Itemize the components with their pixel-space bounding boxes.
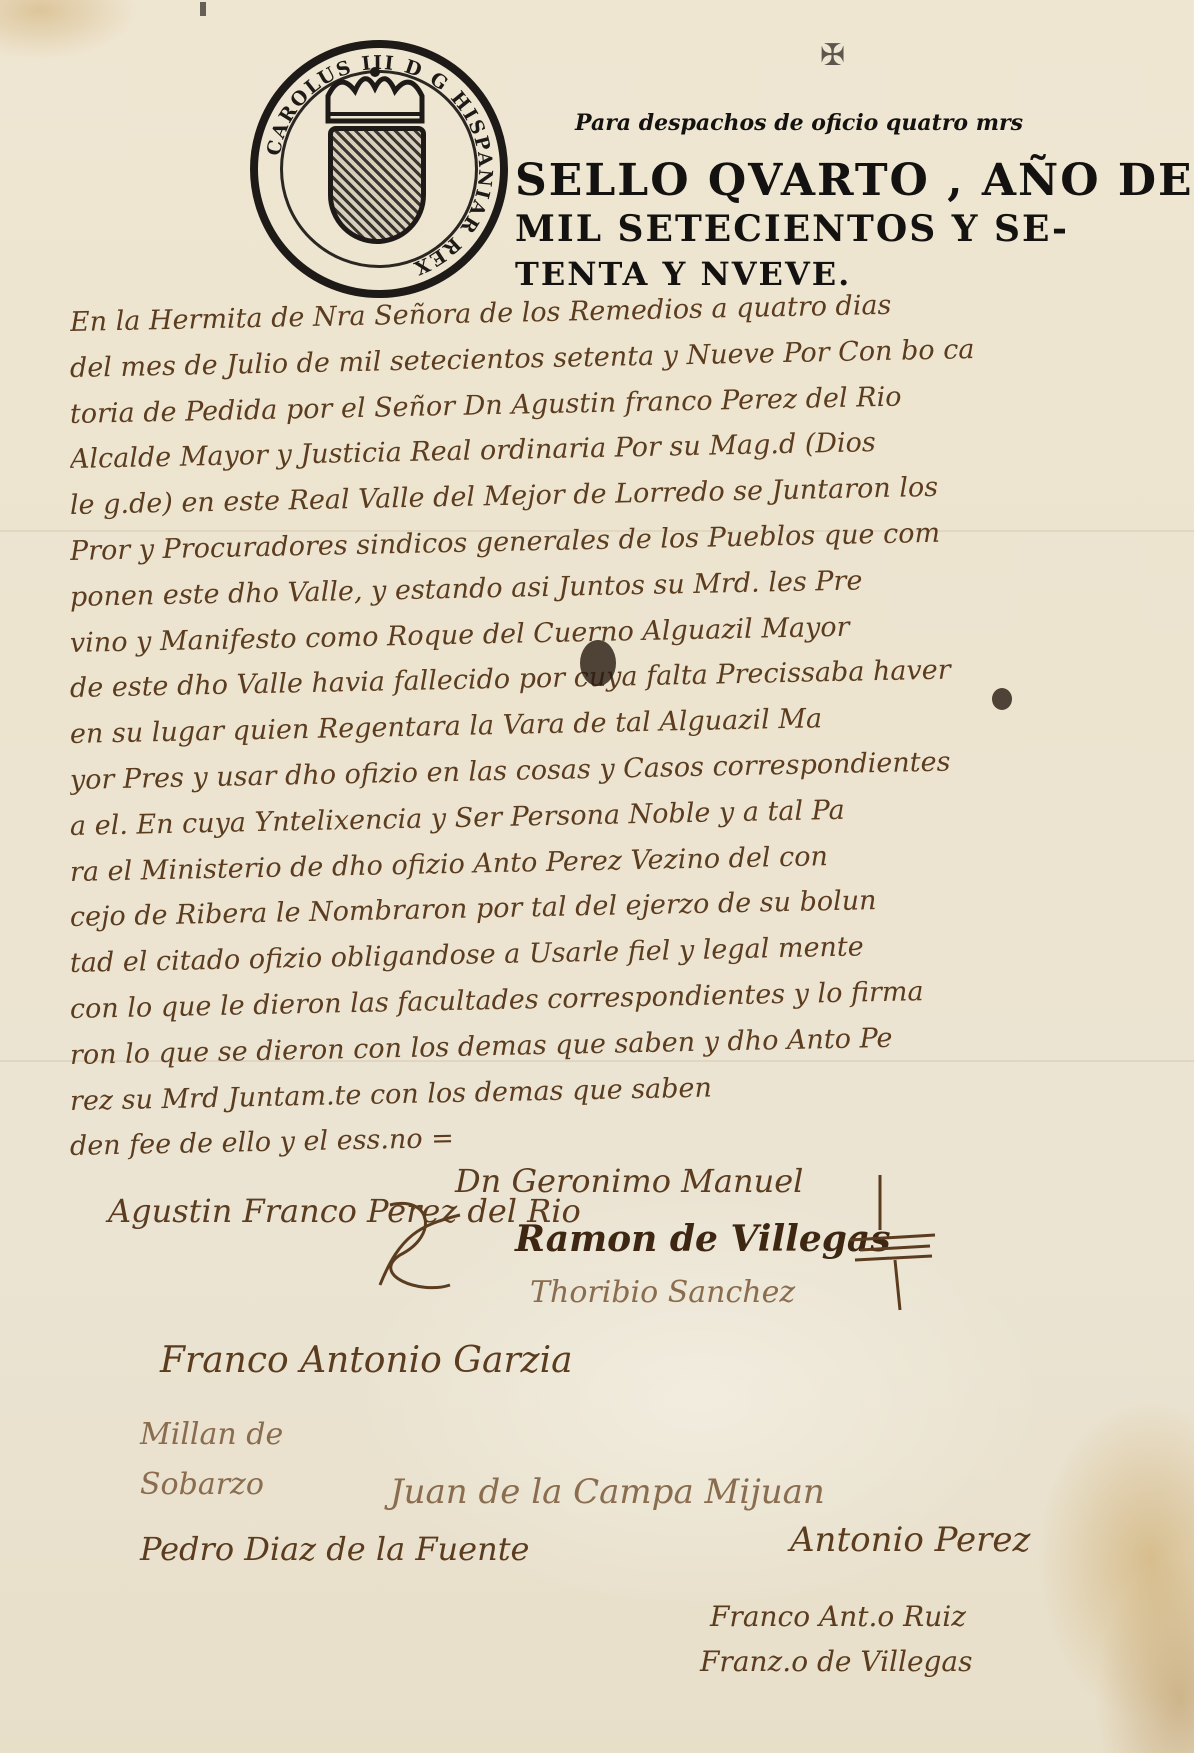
rubric-flourish-icon — [840, 1170, 940, 1320]
coat-of-arms-shield — [328, 126, 426, 244]
signature-pedro-diaz: Pedro Diaz de la Fuente — [140, 1530, 529, 1568]
signature-thoribio: Thoribio Sanchez — [530, 1275, 795, 1310]
printed-header-line-2: MIL SETECIENTOS Y SE- — [515, 208, 1069, 250]
crown-icon — [320, 66, 430, 126]
cross-mark-icon: ✠ — [820, 38, 842, 68]
document-page: ✠ CAROLUS III D G HISPANIAR REX Para des… — [0, 0, 1194, 1753]
rubric-flourish-icon — [360, 1195, 480, 1305]
signature-millan: Millan de Sobarzo — [140, 1410, 340, 1510]
handwritten-body: En la Hermita de Nra Señora de los Remed… — [70, 300, 1160, 1170]
stamp-tax-note: Para despachos de oficio quatro mrs — [575, 110, 1023, 136]
ink-blot — [580, 640, 616, 686]
royal-seal: CAROLUS III D G HISPANIAR REX — [250, 40, 508, 298]
signature-franco-antonio: Franco Antonio Garzia — [160, 1340, 573, 1381]
signature-antonio-perez: Antonio Perez — [790, 1520, 1030, 1560]
ink-speck — [200, 2, 206, 16]
signature-geronimo: Dn Geronimo Manuel — [455, 1162, 803, 1200]
printed-header-line-1: SELLO QVARTO , AÑO DE — [515, 155, 1194, 206]
signature-ramon: Ramon de Villegas — [515, 1218, 891, 1260]
ink-blot — [992, 688, 1012, 710]
signature-juan-campa: Juan de la Campa Mijuan — [390, 1472, 825, 1512]
signature-franz-villegas: Franz.o de Villegas — [700, 1645, 973, 1678]
signature-franco-ruiz: Franco Ant.o Ruiz — [710, 1600, 966, 1633]
